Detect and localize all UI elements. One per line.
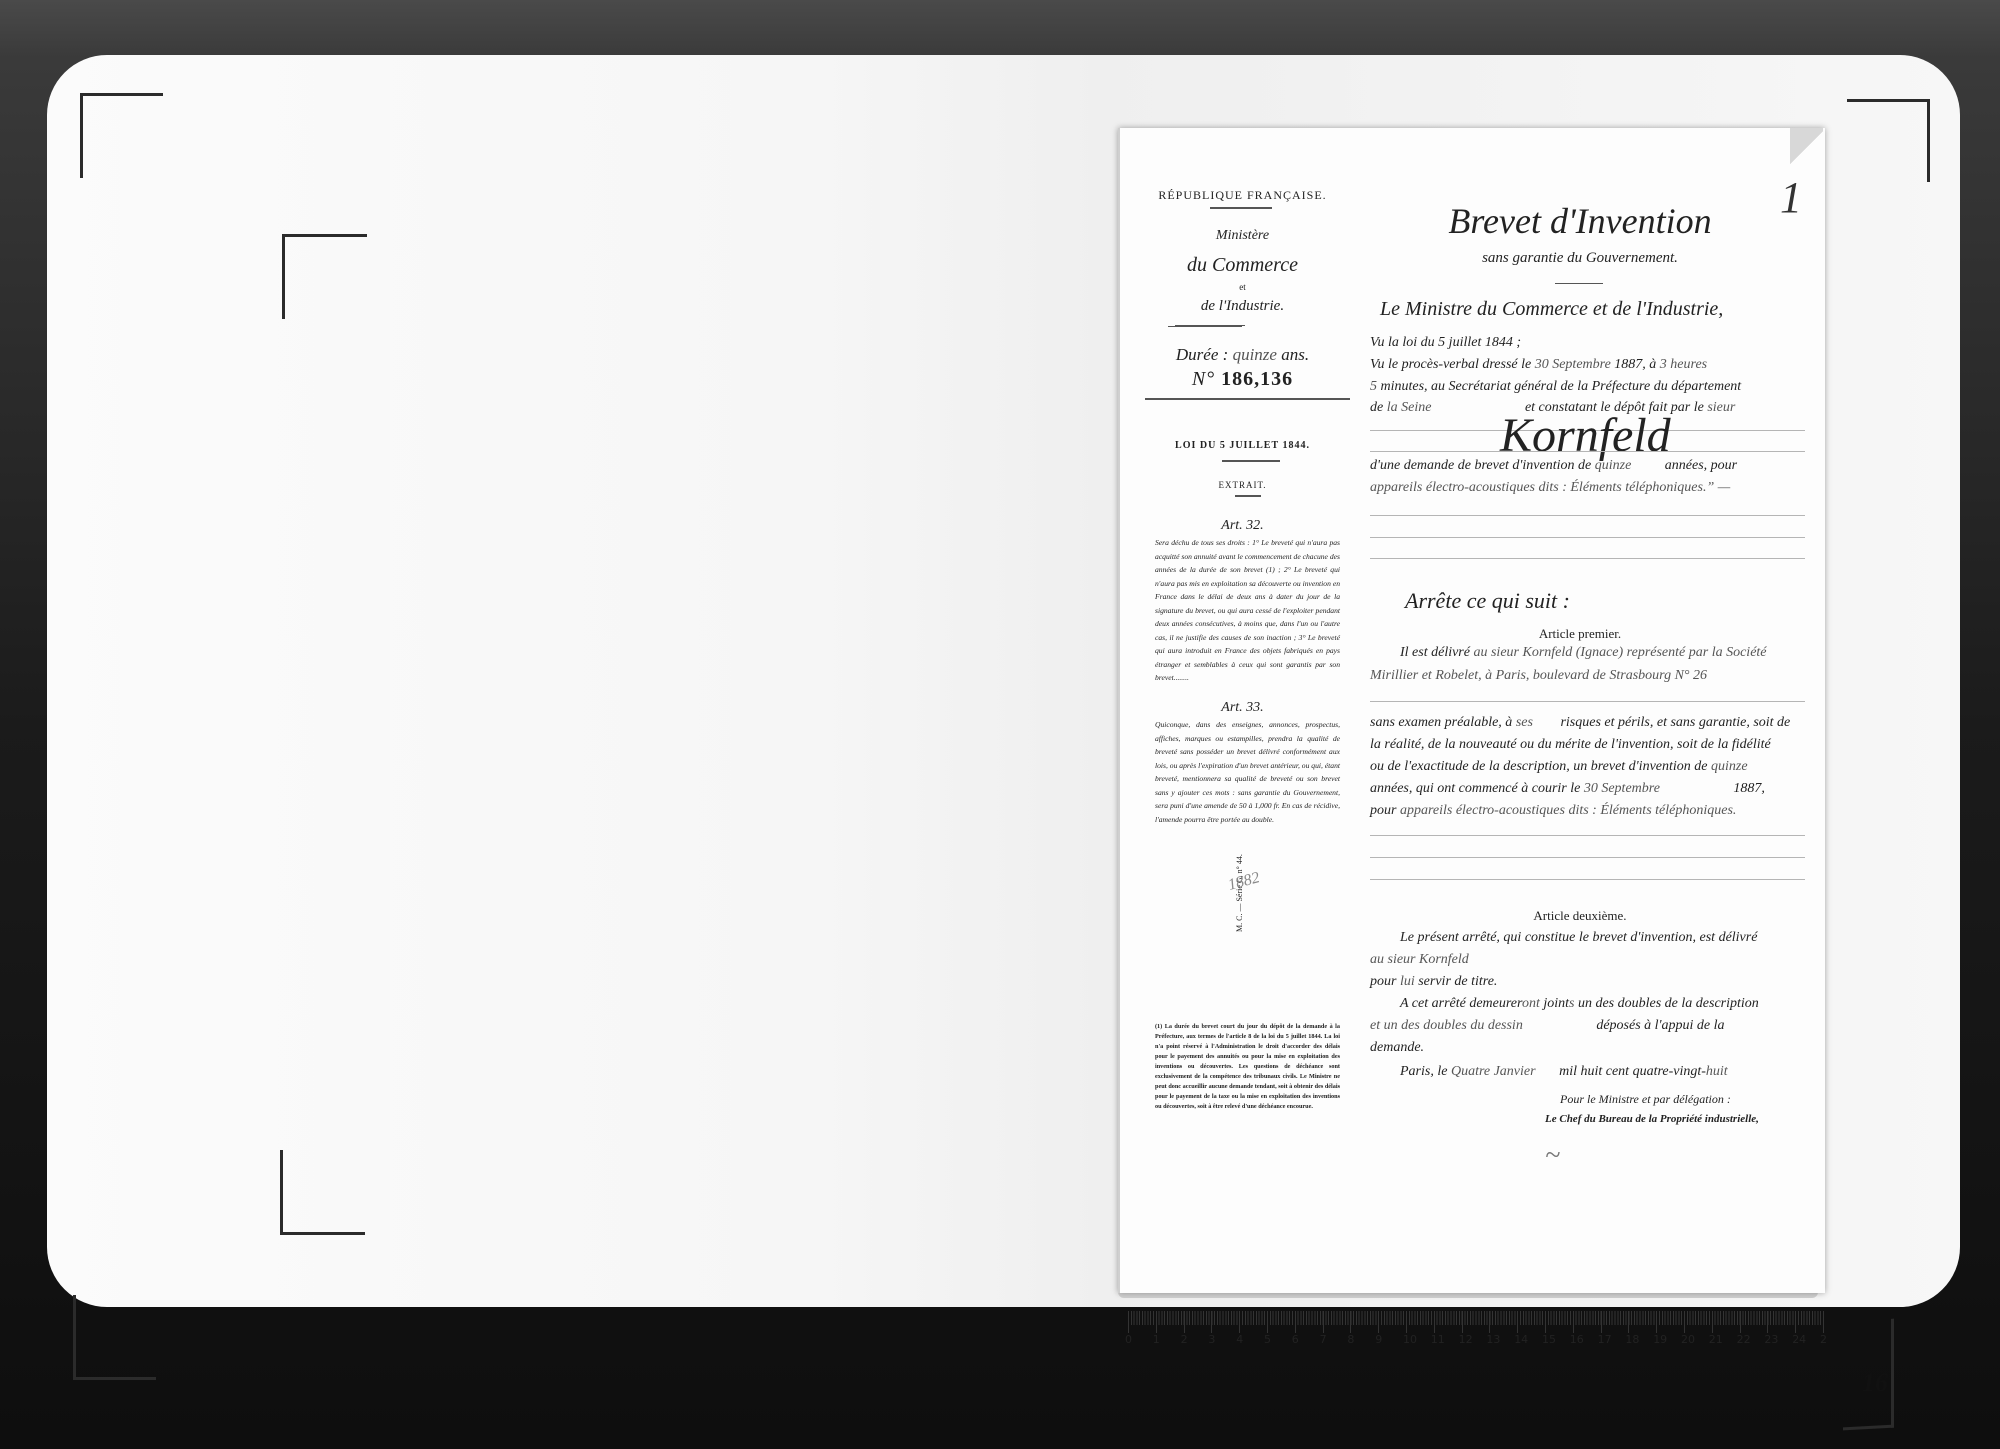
ruler-major-tick: [1350, 1311, 1351, 1333]
ruler-label: 2: [1181, 1333, 1188, 1346]
demande-suffix: années, pour: [1665, 458, 1737, 473]
ruler-major-tick: [1795, 1311, 1796, 1333]
article2-title: Article deuxième.: [1370, 908, 1790, 924]
text: ou de l'exactitude de la description, un…: [1370, 759, 1707, 774]
ruler-major-tick: [1545, 1311, 1546, 1333]
ministere-line2: du Commerce: [1130, 254, 1355, 277]
ruler-label: 0: [1125, 1333, 1132, 1346]
ruler-major-tick: [1323, 1311, 1324, 1333]
ruler-label: 3: [1208, 1333, 1215, 1346]
demande-object: appareils électro-acoustiques dits : Élé…: [1370, 480, 1820, 496]
text: servir de titre.: [1418, 974, 1497, 989]
dept-prefix: de: [1370, 400, 1383, 415]
art2-line4: A cet arrêté demeureront joints un des d…: [1370, 996, 1850, 1012]
ruler-label: 21: [1709, 1333, 1723, 1346]
handwritten-date: Quatre Janvier: [1451, 1064, 1536, 1079]
extrait-heading: EXTRAIT.: [1130, 480, 1355, 490]
ruler-label: 11: [1431, 1333, 1445, 1346]
art2-line6: demande.: [1370, 1040, 1820, 1056]
art1-beneficiary: au sieur Kornfeld (Ignace) représenté pa…: [1473, 645, 1766, 660]
ruler-major-tick: [1823, 1311, 1824, 1333]
vu-loi: Vu la loi du 5 juillet 1844 ;: [1370, 335, 1820, 351]
text: joint: [1543, 996, 1569, 1011]
ruler-major-tick: [1462, 1311, 1463, 1333]
ruler-major-tick: [1211, 1311, 1212, 1333]
art1-line3: sans examen préalable, à ses risques et …: [1370, 715, 1820, 731]
text: risques et périls, et sans garantie, soi…: [1560, 715, 1790, 730]
text: 1887,: [1733, 781, 1765, 796]
handwritten: ont: [1522, 996, 1540, 1011]
ministere-line1: Ministère: [1130, 228, 1355, 244]
text: années, qui ont commencé à courir le: [1370, 781, 1580, 796]
form-line: [1370, 701, 1805, 702]
pv-minutes-line: 5 minutes, au Secrétariat général de la …: [1370, 379, 1820, 395]
page-marker: 1: [1780, 172, 1802, 223]
ruler-major-tick: [1517, 1311, 1518, 1333]
art33-text: Quiconque, dans des enseignes, annonces,…: [1155, 718, 1340, 826]
ruler-label: 1: [1153, 1333, 1160, 1346]
handwritten: quinze: [1711, 759, 1748, 774]
document-title: Brevet d'Invention: [1370, 200, 1790, 242]
signature-line2: Le Chef du Bureau de la Propriété indust…: [1545, 1113, 1759, 1125]
ruler-label: 4: [1236, 1333, 1243, 1346]
form-line: [1370, 515, 1805, 516]
art2-line5: et un des doubles du dessin déposés à l'…: [1370, 1018, 1820, 1034]
signature-line1: Pour le Ministre et par délégation :: [1560, 1092, 1731, 1107]
document-subtitle: sans garantie du Gouvernement.: [1370, 250, 1790, 267]
text: pour: [1370, 803, 1396, 818]
duree-label: Durée :: [1176, 345, 1228, 364]
ruler-major-tick: [1740, 1311, 1741, 1333]
ruler-major-tick: [1128, 1311, 1129, 1333]
text: A cet arrêté demeurer: [1400, 996, 1522, 1011]
ruler-major-tick: [1406, 1311, 1407, 1333]
ruler-label: 18: [1625, 1333, 1639, 1346]
art1-line7: pour appareils électro-acoustiques dits …: [1370, 803, 1820, 819]
ruler-major-tick: [1628, 1311, 1629, 1333]
ruler-major-tick: [1434, 1311, 1435, 1333]
pv-line2: minutes, au Secrétariat général de la Pr…: [1381, 379, 1742, 394]
divider: [1210, 207, 1272, 209]
divider: [1168, 326, 1242, 327]
art1-line2: Mirillier et Robelet, à Paris, boulevard…: [1370, 668, 1820, 684]
applicant-name: Kornfeld: [1500, 408, 1671, 463]
divider: [1175, 325, 1245, 326]
handwritten: 30 Septembre: [1584, 781, 1660, 796]
ruler-ticks: [1128, 1311, 1822, 1325]
ruler-label: 10: [1403, 1333, 1417, 1346]
demande-line: d'une demande de brevet d'invention de q…: [1370, 458, 1820, 474]
ruler-label: 19: [1653, 1333, 1667, 1346]
ruler-label: 2: [1820, 1333, 1827, 1346]
ruler-major-tick: [1601, 1311, 1602, 1333]
ruler-label: 20: [1681, 1333, 1695, 1346]
ruler-major-tick: [1712, 1311, 1713, 1333]
art32-title: Art. 32.: [1130, 518, 1355, 534]
text: mil huit cent quatre-vingt-: [1559, 1064, 1706, 1079]
ruler-major-tick: [1156, 1311, 1157, 1333]
handwritten: lui: [1400, 974, 1415, 989]
pv-year: 1887, à: [1614, 357, 1656, 372]
ruler-label: 12: [1459, 1333, 1473, 1346]
handwritten: ses: [1516, 715, 1533, 730]
art1-prefix: Il est délivré: [1400, 645, 1470, 660]
form-line: [1370, 451, 1805, 452]
text: Paris, le: [1400, 1064, 1447, 1079]
ruler-major-tick: [1295, 1311, 1296, 1333]
ruler-label: 22: [1737, 1333, 1751, 1346]
form-line: [1370, 537, 1805, 538]
ruler-major-tick: [1489, 1311, 1490, 1333]
ministere-line3: de l'Industrie.: [1130, 298, 1355, 315]
proces-verbal-line: Vu le procès-verbal dressé le 30 Septemb…: [1370, 357, 1820, 373]
form-line: [1370, 835, 1805, 836]
pv-hour: 3 heures: [1660, 357, 1707, 372]
handwritten: s: [1569, 996, 1574, 1011]
crop-mark-bottom-left: [73, 1295, 156, 1380]
duree-unit: ans.: [1281, 345, 1309, 364]
article1-title: Article premier.: [1370, 626, 1790, 642]
divider: [1555, 283, 1603, 284]
ruler-major-tick: [1378, 1311, 1379, 1333]
numero-value: 186,136: [1221, 368, 1293, 390]
arrete-heading: Arrête ce qui suit :: [1405, 588, 1570, 614]
pv-prefix: Vu le procès-verbal dressé le: [1370, 357, 1531, 372]
patent-number: N° 186,136: [1130, 368, 1355, 391]
ruler-major-tick: [1767, 1311, 1768, 1333]
divider: [1145, 398, 1350, 400]
art2-line2: au sieur Kornfeld: [1370, 952, 1820, 968]
ruler-label: 7: [1320, 1333, 1327, 1346]
crop-mark-inner-bottom-left: [280, 1150, 365, 1235]
text: pour: [1370, 974, 1396, 989]
art32-text: Sera déchu de tous ses droits : 1° Le br…: [1155, 536, 1340, 685]
art1-line4: la réalité, de la nouveauté ou du mérite…: [1370, 737, 1820, 753]
duree-value: quinze: [1233, 345, 1277, 364]
folio-number: 16: [1862, 1368, 1888, 1398]
demande-duration: quinze: [1595, 458, 1632, 473]
signature: ~: [1545, 1140, 1560, 1172]
folded-corner: [1790, 128, 1823, 168]
form-line: [1370, 857, 1805, 858]
ruler-major-tick: [1656, 1311, 1657, 1333]
ruler-label: 14: [1514, 1333, 1528, 1346]
ruler-major-tick: [1184, 1311, 1185, 1333]
form-line: [1370, 558, 1805, 559]
demande-prefix: d'une demande de brevet d'invention de: [1370, 458, 1591, 473]
text: déposés à l'appui de la: [1596, 1018, 1724, 1033]
text: sans examen préalable, à: [1370, 715, 1512, 730]
loi-heading: LOI DU 5 JUILLET 1844.: [1130, 440, 1355, 451]
form-line: [1370, 879, 1805, 880]
depot-who: sieur: [1707, 400, 1735, 415]
text: un des doubles de la description: [1578, 996, 1759, 1011]
minister-heading: Le Ministre du Commerce et de l'Industri…: [1380, 298, 1723, 321]
art2-line1: Le présent arrêté, qui constitue le brev…: [1370, 930, 1850, 946]
numero-prefix: N°: [1192, 368, 1215, 390]
art1-line5: ou de l'exactitude de la description, un…: [1370, 759, 1820, 775]
duree-field: Durée : quinze ans.: [1130, 345, 1355, 365]
date-line: Paris, le Quatre Janvier mil huit cent q…: [1370, 1064, 1850, 1080]
dept-value: la Seine: [1387, 400, 1432, 415]
divider: [1222, 460, 1280, 462]
handwritten: et un des doubles du dessin: [1370, 1018, 1523, 1033]
ruler-label: 24: [1792, 1333, 1806, 1346]
pv-minutes: 5: [1370, 379, 1377, 394]
handwritten-year: huit: [1706, 1064, 1728, 1079]
ruler-major-tick: [1267, 1311, 1268, 1333]
republique-heading: RÉPUBLIQUE FRANÇAISE.: [1130, 188, 1355, 203]
art1-line1: Il est délivré au sieur Kornfeld (Ignace…: [1370, 645, 1850, 661]
art1-line6: années, qui ont commencé à courir le 30 …: [1370, 781, 1820, 797]
crop-mark-top-left: [80, 93, 163, 178]
art33-title: Art. 33.: [1130, 700, 1355, 716]
ruler-major-tick: [1239, 1311, 1240, 1333]
art2-line3: pour lui servir de titre.: [1370, 974, 1820, 990]
ruler-label: 13: [1486, 1333, 1500, 1346]
ruler-label: 8: [1347, 1333, 1354, 1346]
ruler-label: 23: [1764, 1333, 1778, 1346]
ruler-major-tick: [1684, 1311, 1685, 1333]
ruler-major-tick: [1573, 1311, 1574, 1333]
ruler-label: 16: [1570, 1333, 1584, 1346]
pv-date: 30 Septembre: [1535, 357, 1611, 372]
handwritten: appareils électro-acoustiques dits : Élé…: [1400, 803, 1736, 818]
footnote: (1) La durée du brevet court du jour du …: [1155, 1022, 1340, 1112]
measurement-ruler: 0123456789101112131415161718192021222324…: [1128, 1311, 1828, 1351]
ruler-label: 9: [1375, 1333, 1382, 1346]
ruler-label: 17: [1598, 1333, 1612, 1346]
ministere-et: et: [1130, 282, 1355, 292]
crop-mark-top-right: [1847, 99, 1930, 182]
ruler-label: 6: [1292, 1333, 1299, 1346]
crop-mark-inner-top-left: [282, 234, 367, 319]
ruler-label: 5: [1264, 1333, 1271, 1346]
ruler-label: 15: [1542, 1333, 1556, 1346]
divider: [1235, 495, 1261, 497]
